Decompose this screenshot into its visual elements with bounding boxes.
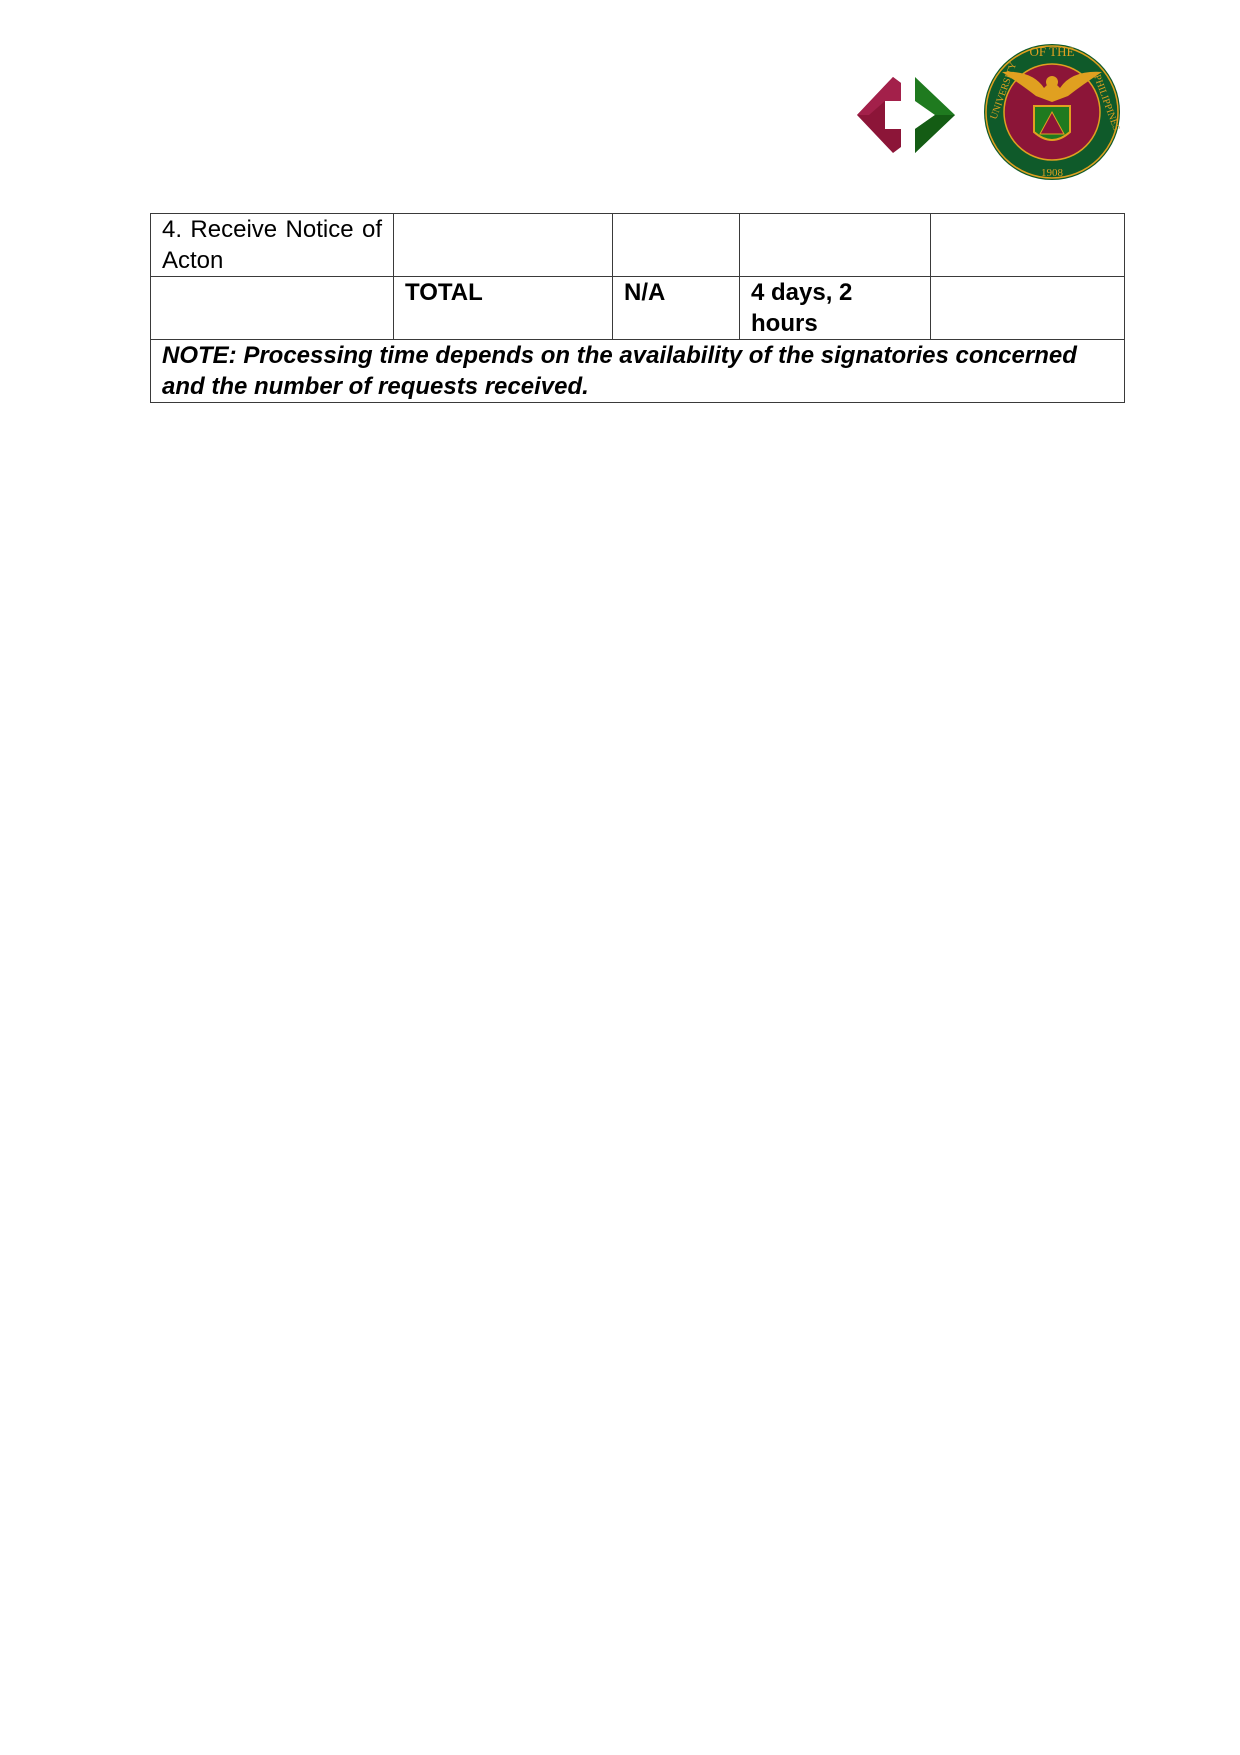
note-text: NOTE: Processing time depends on the ava… <box>151 340 1125 403</box>
table-cell <box>931 277 1125 340</box>
header-logos: OF THE 1908 UNIVERSITY PHILIPPINES <box>855 40 1125 185</box>
table-cell <box>151 277 394 340</box>
table-cell <box>740 214 931 277</box>
svg-text:OF THE: OF THE <box>1030 44 1075 59</box>
table-cell <box>394 214 613 277</box>
total-label: TOTAL <box>394 277 613 340</box>
svg-text:1908: 1908 <box>1041 167 1064 179</box>
table-row: 4. Receive Notice of Acton <box>151 214 1125 277</box>
note-row: NOTE: Processing time depends on the ava… <box>151 340 1125 403</box>
table-cell <box>613 214 740 277</box>
total-row: TOTAL N/A 4 days, 2 hours <box>151 277 1125 340</box>
step-cell: 4. Receive Notice of Acton <box>151 214 394 277</box>
arrow-brand-logo-icon <box>855 75 970 155</box>
process-table: 4. Receive Notice of Acton TOTAL N/A 4 d… <box>150 213 1125 403</box>
total-processing-time: 4 days, 2 hours <box>740 277 931 340</box>
up-seal-logo-icon: OF THE 1908 UNIVERSITY PHILIPPINES <box>982 40 1122 185</box>
table-cell <box>931 214 1125 277</box>
total-fees: N/A <box>613 277 740 340</box>
